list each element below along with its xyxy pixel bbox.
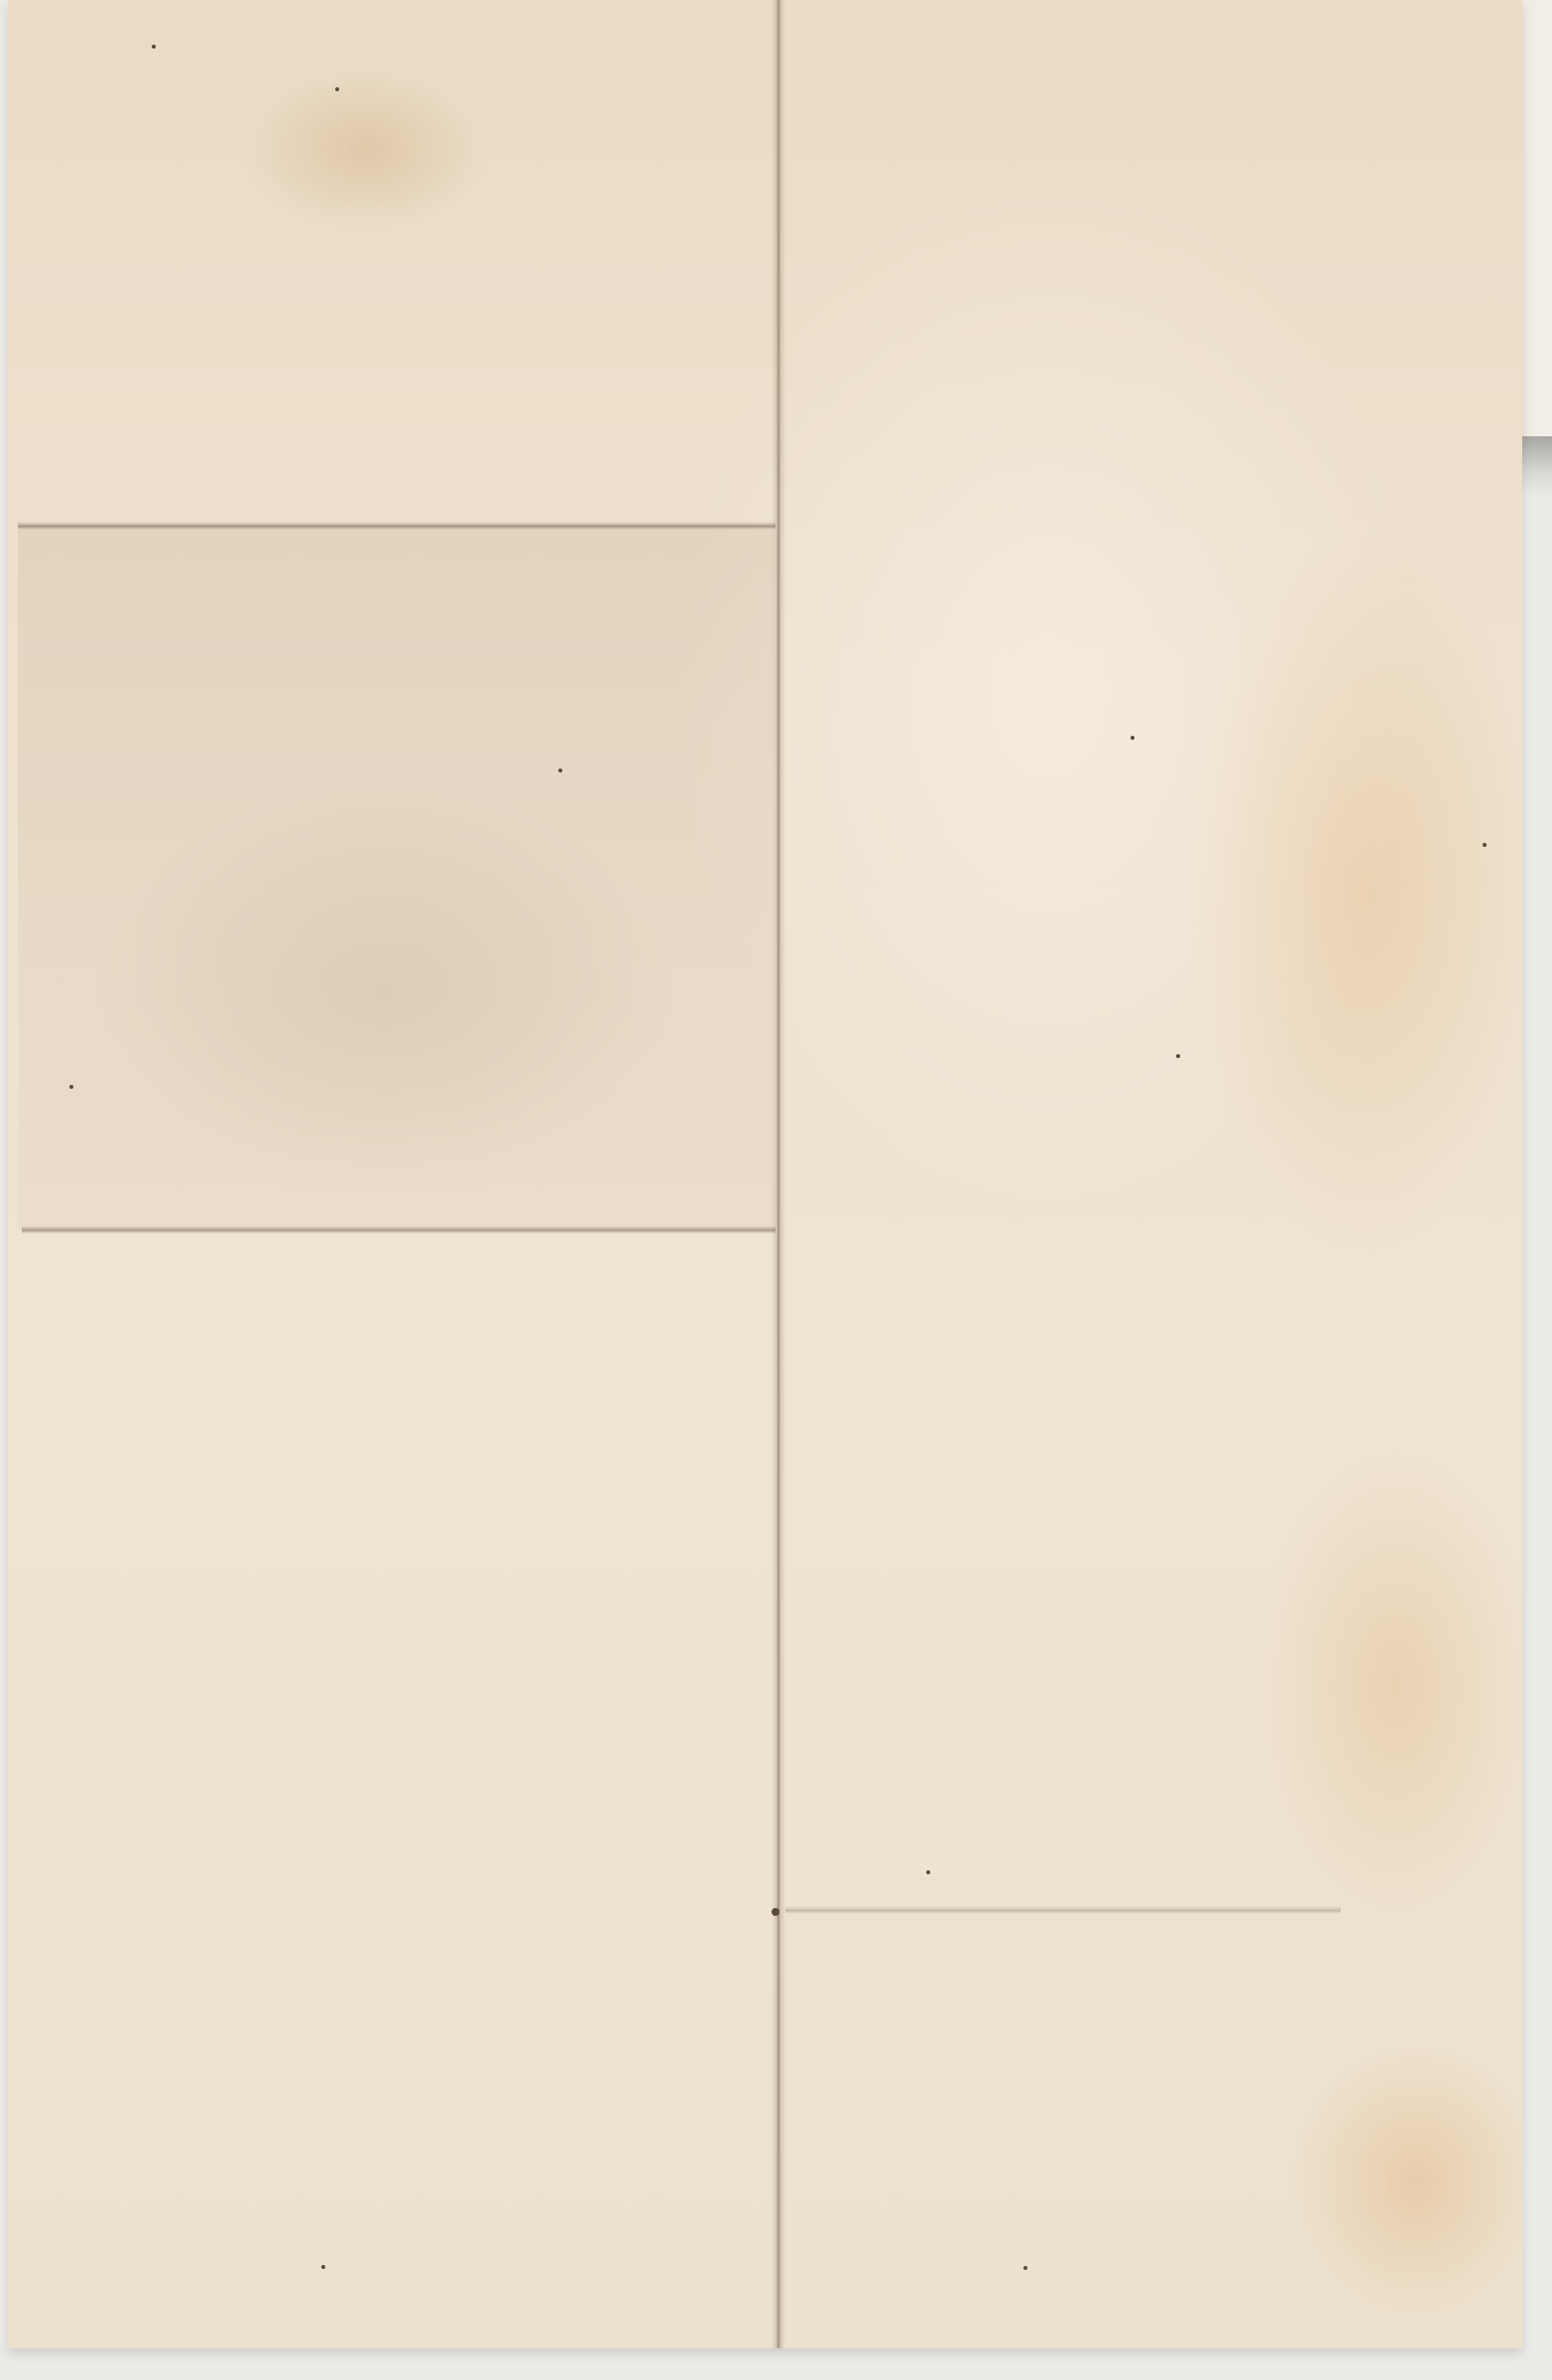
paper-sheet bbox=[8, 0, 1522, 2348]
foxing-speck bbox=[1131, 736, 1134, 740]
foxing-speck bbox=[69, 1085, 73, 1089]
horizontal-fold-line-lower bbox=[785, 1906, 1341, 1914]
backing-board-strip bbox=[1517, 0, 1552, 436]
foxing-speck bbox=[558, 769, 562, 773]
backing-shadow bbox=[1517, 436, 1552, 496]
foxing-speck bbox=[926, 1870, 930, 1874]
discolored-panel bbox=[18, 526, 774, 1230]
horizontal-fold-line-upper bbox=[18, 522, 776, 530]
foxing-speck bbox=[1483, 843, 1487, 847]
foxing-speck bbox=[335, 87, 339, 91]
foxing-speck bbox=[1176, 1054, 1180, 1058]
vertical-fold-line bbox=[772, 0, 785, 2348]
horizontal-fold-line-middle bbox=[22, 1226, 776, 1234]
fold-intersection-mark bbox=[772, 1908, 779, 1916]
foxing-speck bbox=[1023, 2266, 1027, 2270]
foxing-speck bbox=[321, 2265, 325, 2269]
foxing-speck bbox=[152, 45, 156, 49]
